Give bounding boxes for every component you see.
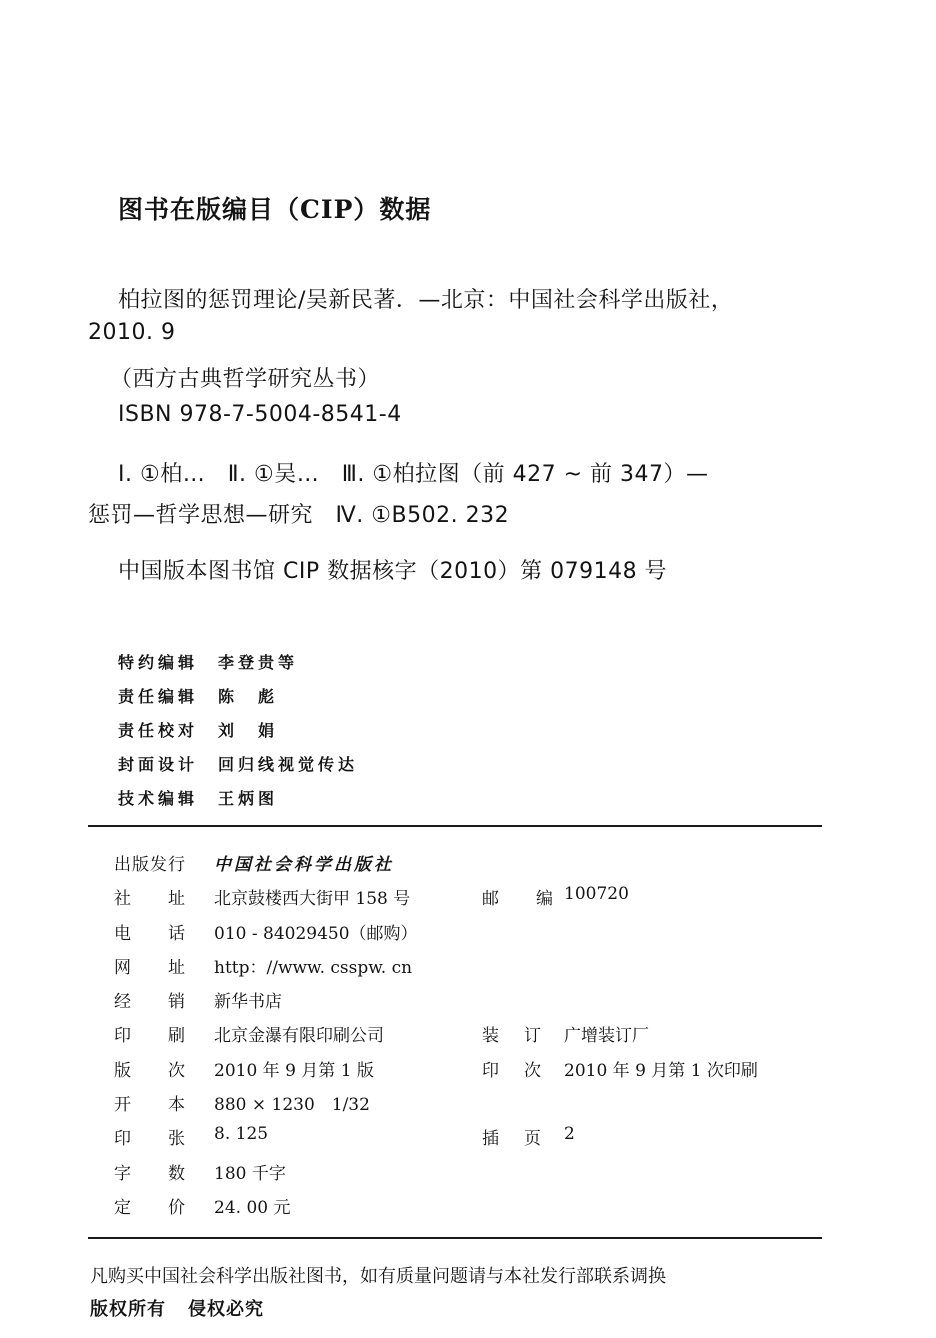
website-label-2: 址 bbox=[168, 953, 185, 978]
staff-value: 李登贵等 bbox=[218, 650, 298, 673]
staff-value: 回归线视觉传达 bbox=[218, 752, 358, 775]
cip-classification-2: 惩罚—哲学思想—研究 Ⅳ. ①B502. 232 bbox=[88, 498, 509, 529]
staff-label: 责任校对 bbox=[118, 718, 218, 741]
staff-value: 王炳图 bbox=[218, 786, 278, 809]
address-value: 北京鼓楼西大街甲 158 号 bbox=[214, 884, 410, 909]
inserts-label-2: 页 bbox=[524, 1124, 541, 1149]
quality-notice: 凡购买中国社会科学出版社图书，如有质量问题请与本社发行部联系调换 bbox=[90, 1262, 666, 1288]
staff-label: 责任编辑 bbox=[118, 684, 218, 707]
cip-title: 图书在版编目（CIP）数据 bbox=[118, 190, 431, 226]
cip-series: （西方古典哲学研究丛书） bbox=[110, 362, 380, 393]
cip-number: 中国版本图书馆 CIP 数据核字（2010）第 079148 号 bbox=[118, 554, 667, 585]
staff-value: 陈 彪 bbox=[218, 684, 278, 707]
staff-row: 责任编辑 陈 彪 bbox=[118, 678, 358, 712]
info-row-edition: 版 次 2010 年 9 月第 1 版 印 次 2010 年 9 月第 1 次印… bbox=[114, 1052, 814, 1086]
phone-value: 010 - 84029450（邮购） bbox=[214, 919, 418, 944]
printing-label-1: 印 bbox=[482, 1056, 499, 1081]
info-row-address: 社 址 北京鼓楼西大街甲 158 号 邮 编 100720 bbox=[114, 880, 814, 914]
cip-classification-1: Ⅰ. ①柏… Ⅱ. ①吴… Ⅲ. ①柏拉图（前 427 ~ 前 347）— bbox=[118, 457, 709, 488]
postcode-label-2: 编 bbox=[536, 884, 553, 909]
postcode-value: 100720 bbox=[564, 884, 629, 904]
printer-value: 北京金瀑有限印刷公司 bbox=[214, 1021, 384, 1046]
format-label-1: 开 bbox=[114, 1090, 131, 1115]
distributor-value: 新华书店 bbox=[214, 987, 282, 1012]
price-label-1: 定 bbox=[114, 1193, 131, 1218]
info-row-website: 网 址 http：//www. csspw. cn bbox=[114, 949, 814, 983]
staff-label: 特约编辑 bbox=[118, 650, 218, 673]
binding-value: 广增装订厂 bbox=[564, 1021, 649, 1046]
format-value: 880 × 1230 1/32 bbox=[214, 1090, 370, 1115]
sheets-label-1: 印 bbox=[114, 1124, 131, 1149]
staff-row: 封面设计 回归线视觉传达 bbox=[118, 746, 358, 780]
sheets-value: 8. 125 bbox=[214, 1124, 268, 1144]
word-count-label-2: 数 bbox=[168, 1159, 185, 1184]
address-label-2: 址 bbox=[168, 884, 185, 909]
copyright-notice: 版权所有侵权必究 bbox=[90, 1295, 264, 1321]
price-value: 24. 00 元 bbox=[214, 1193, 290, 1218]
infringement-warning: 侵权必究 bbox=[188, 1299, 264, 1320]
divider-top bbox=[88, 825, 822, 827]
word-count-value: 180 千字 bbox=[214, 1159, 286, 1184]
sheets-label-2: 张 bbox=[168, 1124, 185, 1149]
printer-label-1: 印 bbox=[114, 1021, 131, 1046]
edition-label-1: 版 bbox=[114, 1056, 131, 1081]
divider-bottom bbox=[88, 1237, 822, 1239]
phone-label-1: 电 bbox=[114, 919, 131, 944]
edition-value: 2010 年 9 月第 1 版 bbox=[214, 1056, 374, 1081]
cip-isbn: ISBN 978-7-5004-8541-4 bbox=[118, 402, 402, 427]
staff-label: 封面设计 bbox=[118, 752, 218, 775]
binding-label-1: 装 bbox=[482, 1021, 499, 1046]
distributor-label-1: 经 bbox=[114, 987, 131, 1012]
staff-row: 责任校对 刘 娟 bbox=[118, 712, 358, 746]
binding-label-2: 订 bbox=[524, 1021, 541, 1046]
word-count-label-1: 字 bbox=[114, 1159, 131, 1184]
publisher-name: 中国社会科学出版社 bbox=[214, 850, 394, 875]
rights-reserved: 版权所有 bbox=[90, 1299, 166, 1320]
printer-label-2: 刷 bbox=[168, 1021, 185, 1046]
price-label-2: 价 bbox=[168, 1193, 185, 1218]
staff-label: 技术编辑 bbox=[118, 786, 218, 809]
info-row-printer: 印 刷 北京金瀑有限印刷公司 装 订 广增装订厂 bbox=[114, 1017, 814, 1051]
inserts-label-1: 插 bbox=[482, 1124, 499, 1149]
info-row-phone: 电 话 010 - 84029450（邮购） bbox=[114, 915, 814, 949]
printing-label-2: 次 bbox=[524, 1056, 541, 1081]
address-label-1: 社 bbox=[114, 884, 131, 909]
inserts-value: 2 bbox=[564, 1124, 575, 1144]
info-row-sheets: 印 张 8. 125 插 页 2 bbox=[114, 1120, 814, 1154]
website-label-1: 网 bbox=[114, 953, 131, 978]
printing-value: 2010 年 9 月第 1 次印刷 bbox=[564, 1056, 758, 1081]
phone-label-2: 话 bbox=[168, 919, 185, 944]
postcode-label-1: 邮 bbox=[482, 884, 499, 909]
distributor-label-2: 销 bbox=[168, 987, 185, 1012]
edition-label-2: 次 bbox=[168, 1056, 185, 1081]
info-row-distributor: 经 销 新华书店 bbox=[114, 983, 814, 1017]
staff-value: 刘 娟 bbox=[218, 718, 278, 741]
publishing-info: 出版发行 中国社会科学出版社 社 址 北京鼓楼西大街甲 158 号 邮 编 10… bbox=[114, 846, 814, 1223]
staff-row: 特约编辑 李登贵等 bbox=[118, 644, 358, 678]
format-label-2: 本 bbox=[168, 1090, 185, 1115]
cip-bibliographic-line: 柏拉图的惩罚理论/吴新民著．—北京：中国社会科学出版社， bbox=[118, 283, 733, 314]
publisher-label: 出版发行 bbox=[114, 850, 186, 875]
info-row-word-count: 字 数 180 千字 bbox=[114, 1155, 814, 1189]
staff-row: 技术编辑 王炳图 bbox=[118, 780, 358, 814]
cip-date-line: 2010. 9 bbox=[88, 320, 175, 345]
info-row-publisher: 出版发行 中国社会科学出版社 bbox=[114, 846, 814, 880]
staff-credits: 特约编辑 李登贵等 责任编辑 陈 彪 责任校对 刘 娟 封面设计 回归线视觉传达… bbox=[118, 644, 358, 814]
info-row-format: 开 本 880 × 1230 1/32 bbox=[114, 1086, 814, 1120]
website-link[interactable]: http：//www. csspw. cn bbox=[214, 953, 412, 978]
info-row-price: 定 价 24. 00 元 bbox=[114, 1189, 814, 1223]
